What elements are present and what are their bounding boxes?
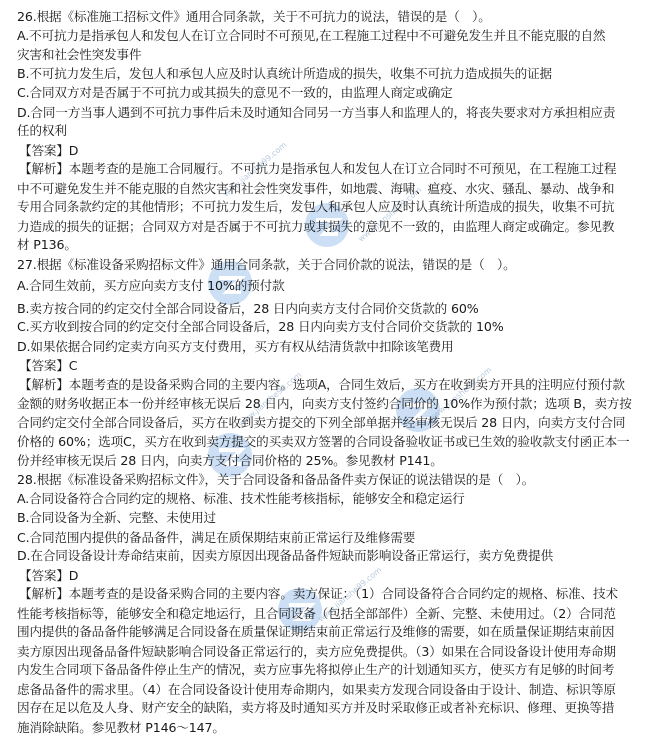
question-26-answer: 【答案】D	[19, 141, 78, 160]
question-26-option-c: C.合同双方对是否属于不可抗力或其损失的意见不一致的，由监理人商定或确定	[17, 83, 453, 102]
question-26-analysis-line: 力造成的损失的证据；合同双方对是否属于不可抗力或其损失的意见不一致的，由监理人商…	[17, 217, 614, 236]
question-27-option-a: A.合同生效前，买方应向卖方支付 10%的预付款	[17, 276, 284, 295]
question-28-analysis: 【解析】本题考查的是设备采购合同的主要内容。卖方保证：（1）合同设备符合合同约定…	[19, 584, 618, 603]
question-27-option-c: C.买方收到按合同的约定交付全部合同设备后，28 日内向卖方支付合同价交货款的 …	[17, 317, 504, 336]
question-28-stem: 28.根据《标准设备采购招标文件》，关于合同设备和备品备件卖方保证的说法错误的是…	[17, 470, 534, 489]
question-26-option-a: A.不可抗力是指承包人和发包人在订立合同时不可预见,在工程施工过程中不可避免发生…	[17, 26, 605, 45]
question-28-analysis-line: 卖方原因出现备品备件短缺影响合同设备正常运行的，卖方应免费提供。（3）如果在合同…	[17, 642, 616, 661]
question-27-answer: 【答案】C	[19, 356, 77, 375]
question-27-analysis-line: 金额的财务收据正本一份并经审核无误后 28 日内，向卖方支付签约合同价的 10%…	[17, 394, 632, 413]
question-28-analysis-line: 围内提供的备品备件能够满足合同设备在质量保证期结束前正常运行及维修的需要，如在质…	[17, 622, 614, 641]
question-26-option-d-cont: 任的权利	[17, 121, 67, 140]
question-28-analysis-line: 虑备品备件的需求里。（4）在合同设备设计使用寿命期内，如果卖方发现合同设备由于设…	[17, 680, 616, 699]
question-28-option-d: D.在合同设备设计寿命结束前，因卖方原因出现备品备件短缺而影响设备正常运行，卖方…	[17, 546, 553, 565]
question-28-option-b: B.合同设备为全新、完整、未使用过	[17, 508, 216, 527]
question-26-option-b: B.不可抗力发生后，发包人和承包人应及时认真统计所造成的损失，收集不可抗力造成损…	[17, 64, 552, 83]
question-26-option-d: D.合同一方当事人遇到不可抗力事件后未及时通知合同另一方当事人和监理人的，将丧失…	[17, 103, 615, 122]
question-27-analysis-line: 价格的 60%；选项C，买方在收到卖方提交的买卖双方签署的合同设备验收证书或已生…	[17, 432, 629, 451]
question-28-option-c: C.合同范围内提供的备品备件，满足在质保期结束前正常运行及维修需要	[17, 528, 415, 547]
question-27-analysis-line: 合同约定交付全部合同设备后，买方在收到卖方提交的下列全部单据并经审核无误后 28…	[17, 413, 625, 432]
question-28-analysis-line: 性能考核指标等，能够安全和稳定地运行，且合同设备（包括全部部件）全新、完整、未使…	[17, 604, 616, 623]
question-26-analysis-line: 中不可避免发生并不能克服的自然灾害和社会性突发事件，如地震、海啸、瘟疫、水灾、骚…	[17, 179, 614, 198]
question-26-analysis: 【解析】本题考查的是施工合同履行。不可抗力是指承包人和发包人在订立合同时不可预见…	[19, 159, 616, 178]
question-28-analysis-line: 因存在足以危及人身、财产安全的缺陷，卖方将及时通知买方并及时采取修正或者补充标识…	[17, 698, 614, 717]
question-28-option-a: A.合同设备符合合同约定的规格、标准、技术性能考核指标，能够安全和稳定运行	[17, 489, 465, 508]
question-26-option-a-cont: 灾害和社会性突发事件	[17, 45, 141, 64]
question-27-analysis: 【解析】本题考查的是设备采购合同的主要内容。选项A，合同生效后，买方在收到卖方开…	[19, 375, 625, 394]
question-26-analysis-line: 专用合同条款约定的其他情形；不可抗力发生后，发包人和承包人应及时认真统计所造成的…	[17, 197, 614, 216]
question-26-analysis-line: 材 P136。	[17, 235, 77, 254]
question-28-analysis-line: 内发生合同项下备品备件停止生产的情况，卖方应事先将拟停止生产的计划通知买方，使买…	[17, 660, 614, 679]
question-27-option-d: D.如果依据合同约定卖方向买方支付费用，买方有权从结清货款中扣除该笔费用	[17, 337, 454, 356]
question-28-analysis-line: 施消除缺陷。参见教材 P146～147。	[17, 718, 225, 737]
question-27-stem: 27.根据《标准设备采购招标文件》通用合同条款，关于合同价款的说法，错误的是（ …	[17, 255, 516, 274]
document-page: www.jianshe99.com www.jianshe99.com www.…	[0, 0, 655, 737]
question-27-analysis-line: 份并经审核无误后 28 日内，向卖方支付合同价格的 25%。参见教材 P141。	[17, 451, 443, 470]
question-27-option-b: B.卖方按合同的约定交付全部合同设备后，28 日内向卖方支付合同价交货款的 60…	[17, 299, 479, 318]
question-26-stem: 26.根据《标准施工招标文件》通用合同条款，关于不可抗力的说法，错误的是（ ）。	[17, 7, 491, 26]
question-28-answer: 【答案】D	[19, 566, 78, 585]
